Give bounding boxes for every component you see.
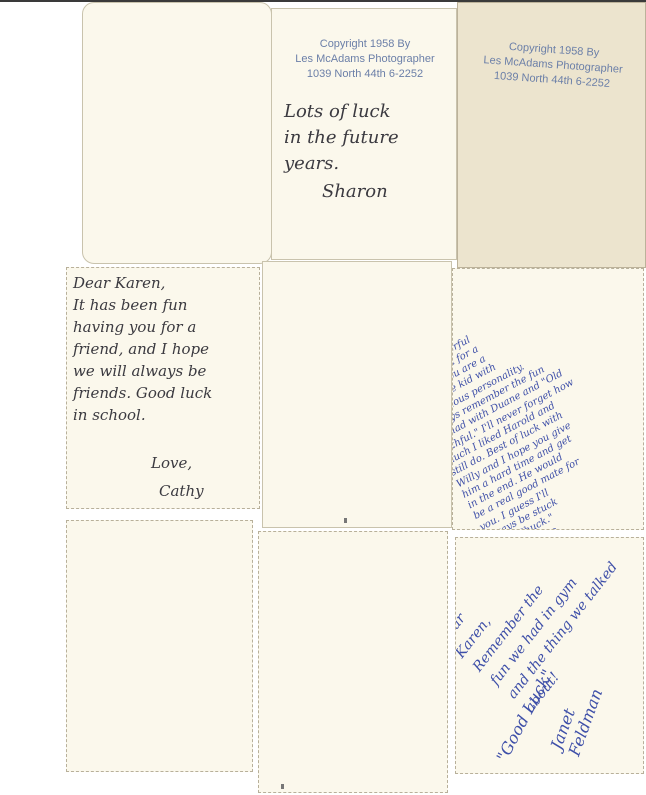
photo-back-long-note: Karen, It sure has been wonderful having… xyxy=(452,268,644,530)
photo-back-janet: Dear Karen, Remember the fun we had in g… xyxy=(455,537,644,774)
handwritten-note: Lots of luck in the future years. xyxy=(284,99,399,177)
signature: Sharon xyxy=(322,181,388,202)
scan-mark xyxy=(344,518,347,523)
photo-back-stamped: Copyright 1958 By Les McAdams Photograph… xyxy=(457,2,646,268)
photo-back-blank-1 xyxy=(82,2,272,264)
photo-back-sharon: Copyright 1958 By Les McAdams Photograph… xyxy=(271,8,457,260)
photo-back-blank-4 xyxy=(258,531,448,793)
signature: Cathy xyxy=(159,482,204,500)
photo-back-blank-3 xyxy=(66,520,253,772)
photographer-stamp: Copyright 1958 By Les McAdams Photograph… xyxy=(272,37,457,82)
closing: Love, xyxy=(151,454,192,472)
handwritten-note: Karen, It sure has been wonderful having… xyxy=(452,268,644,530)
photo-back-blank-2 xyxy=(262,261,452,528)
photographer-stamp: Copyright 1958 By Les McAdams Photograph… xyxy=(467,37,640,94)
photo-back-cathy: Dear Karen, It has been fun having you f… xyxy=(66,267,260,509)
handwritten-note: Dear Karen, It has been fun having you f… xyxy=(73,272,212,426)
scan-mark xyxy=(281,784,284,789)
handwritten-note: Dear Karen, Remember the fun we had in g… xyxy=(455,537,644,717)
